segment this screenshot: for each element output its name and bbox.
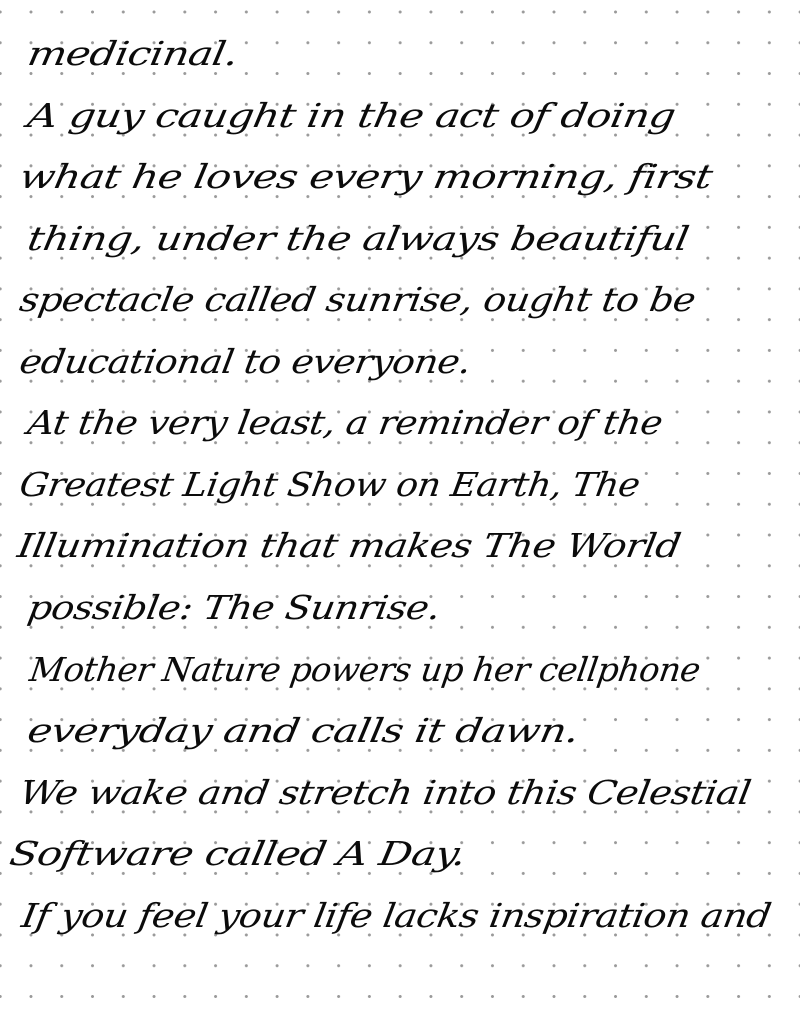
dot-grid-page: medicinal. A guy caught in the act of do…: [0, 0, 800, 1025]
handwritten-line: At the very least, a reminder of the: [24, 395, 667, 451]
handwritten-line: Mother Nature powers up her cellphone: [26, 642, 704, 698]
handwritten-line: what he loves every morning, first: [15, 149, 716, 205]
handwritten-line: everyday and calls it dawn.: [23, 703, 583, 759]
handwritten-line: Illumination that makes The World: [13, 518, 684, 574]
handwritten-text-block: medicinal. A guy caught in the act of do…: [0, 0, 800, 1025]
handwritten-line: medicinal.: [23, 26, 242, 82]
handwritten-line: We wake and stretch into this Celestial: [15, 765, 754, 821]
handwritten-line: A guy caught in the act of doing: [23, 88, 680, 144]
handwritten-line: possible: The Sunrise.: [23, 580, 444, 636]
handwritten-line: thing, under the always beautiful: [23, 211, 693, 267]
handwritten-line: educational to everyone.: [16, 334, 475, 390]
handwritten-line: If you feel your life lacks inspiration …: [17, 888, 774, 944]
handwritten-line: spectacle called sunrise, ought to be: [16, 272, 700, 328]
handwritten-line: Software called A Day.: [5, 826, 470, 882]
handwritten-line: Greatest Light Show on Earth, The: [16, 457, 644, 513]
